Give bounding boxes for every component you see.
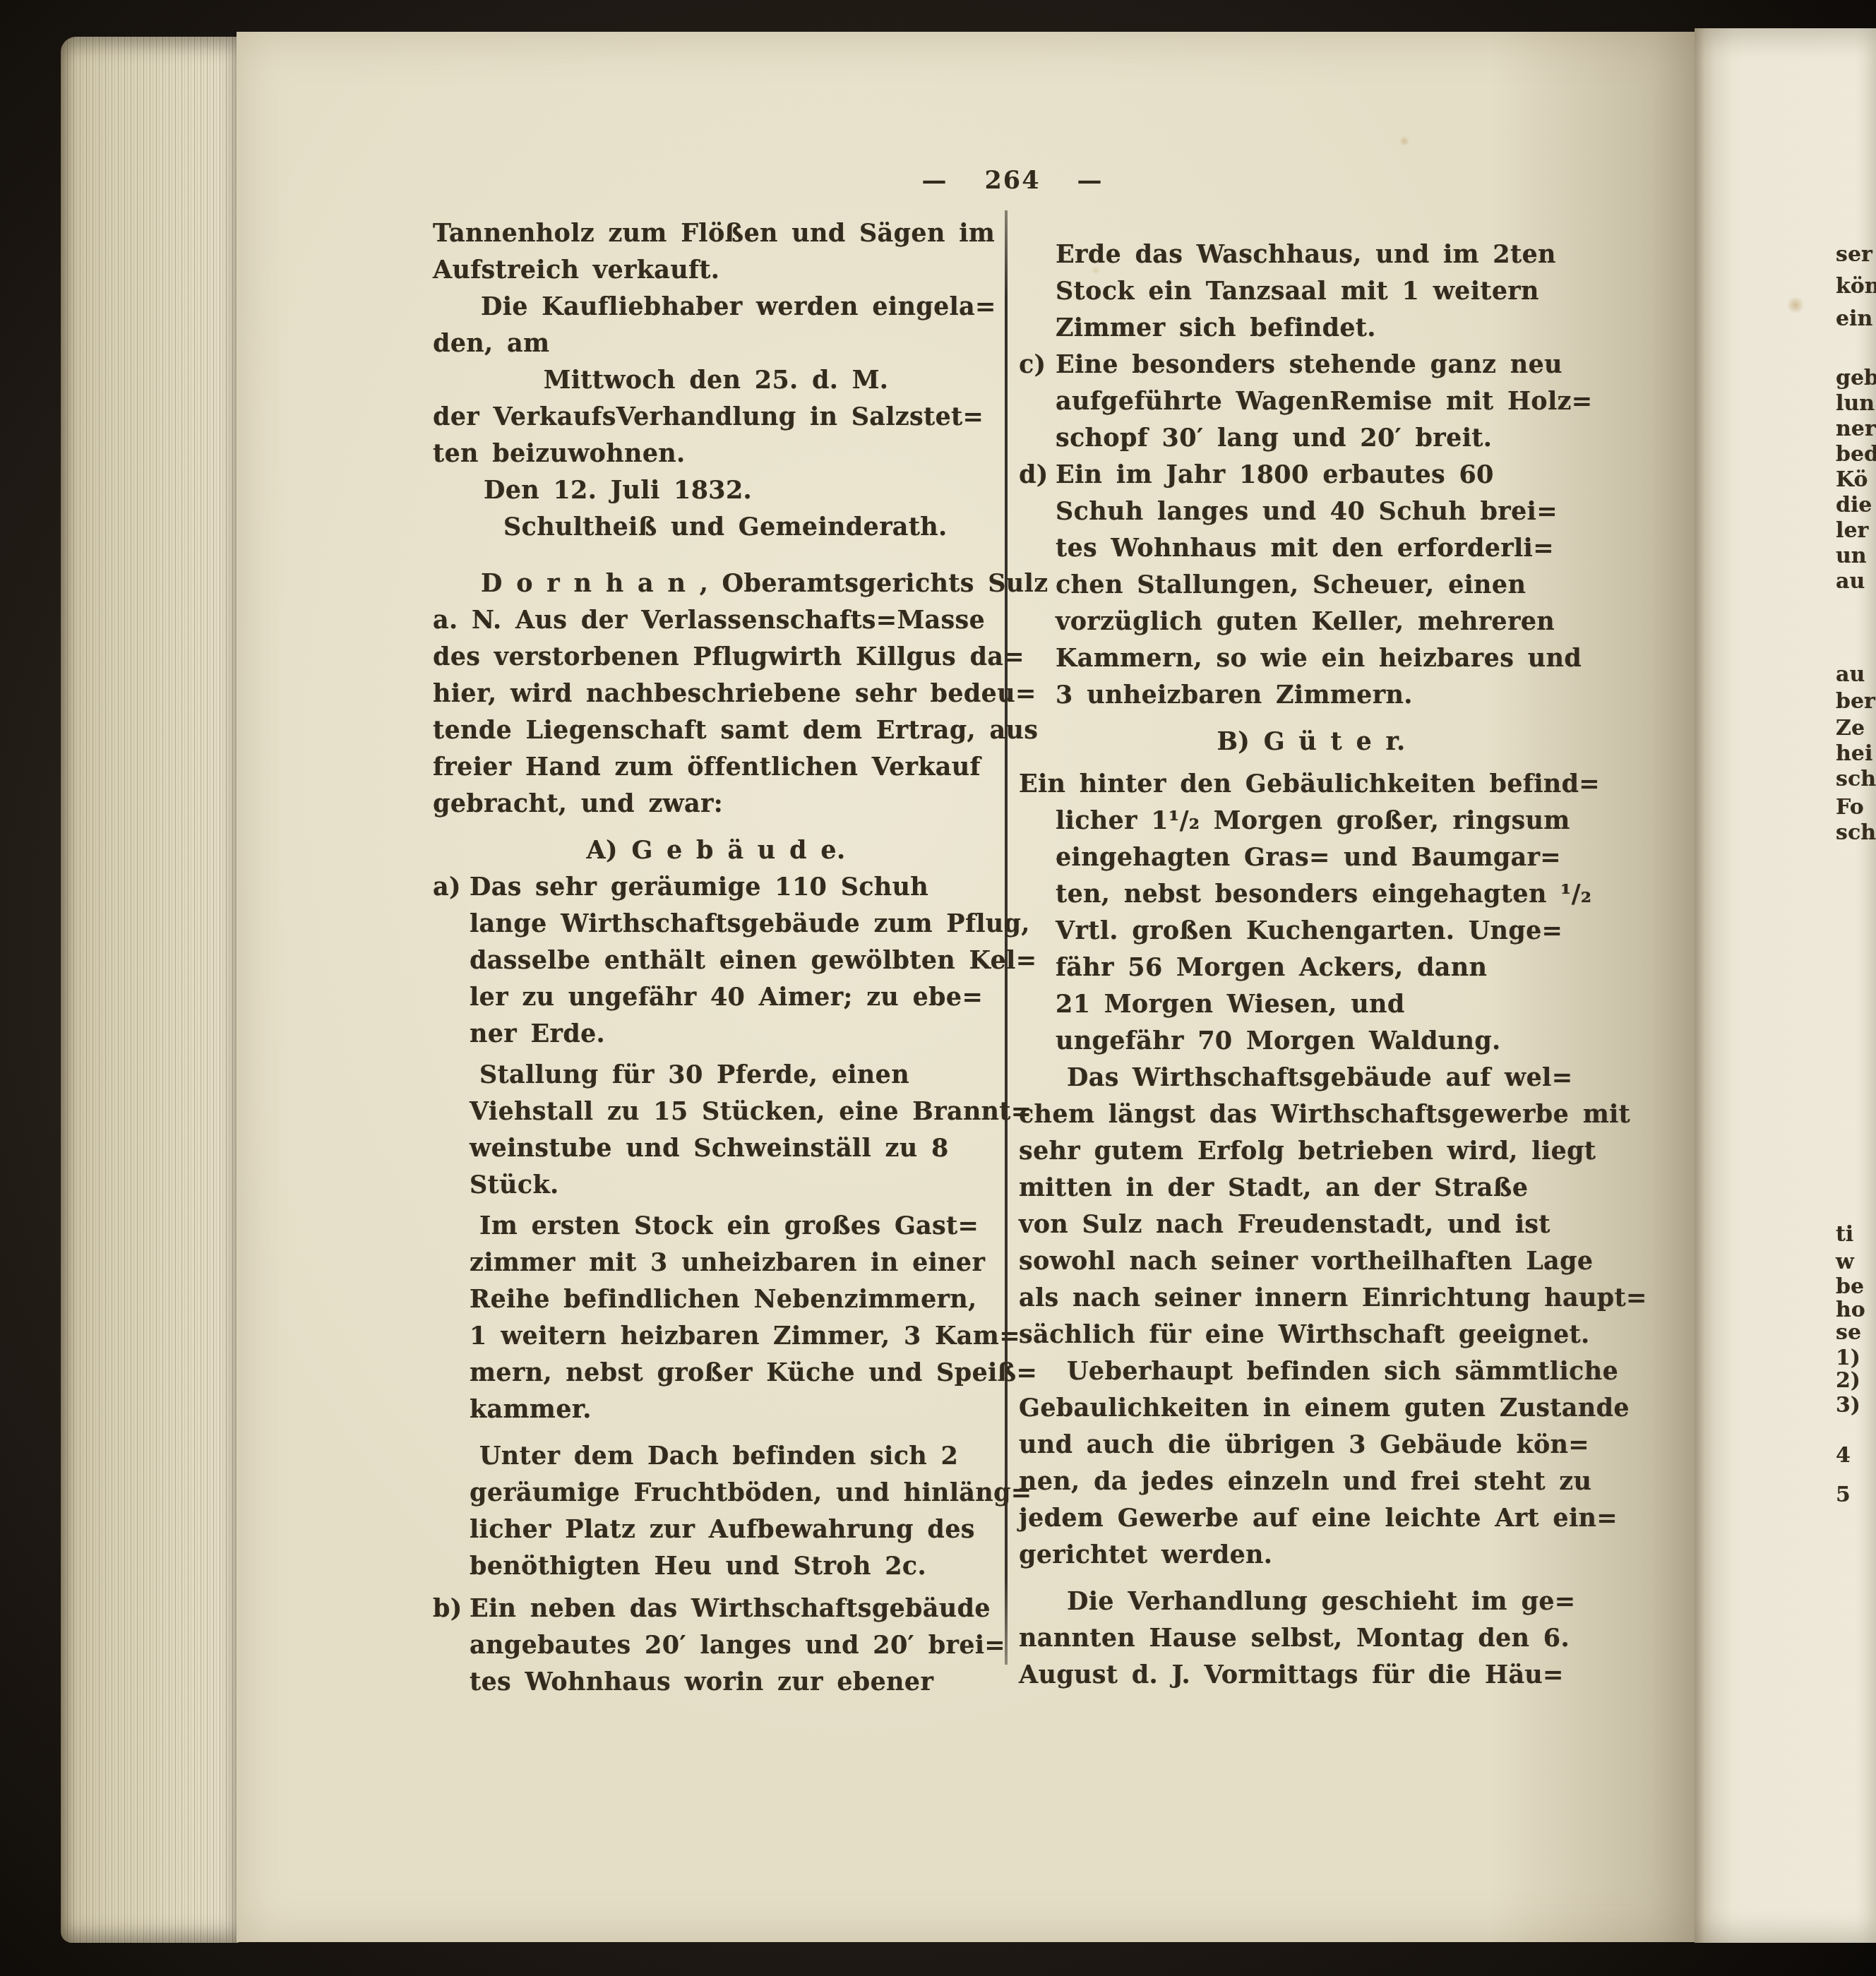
- right-column: Erde das Waschhaus, und im 2ten Stock ei…: [1019, 236, 1603, 1694]
- line-text: Vrtl. großen Kuchengarten. Unge=: [1056, 916, 1563, 945]
- paper-stain: [1399, 136, 1410, 146]
- line-text: Kammern, so wie ein heizbares und: [1056, 644, 1582, 673]
- line-text: gerichtet werden.: [1019, 1540, 1272, 1569]
- next-page-text-fragment: au: [1836, 569, 1865, 594]
- left-page: — 264 — Tannenholz zum Flößen und Sägen …: [237, 32, 1695, 1942]
- line-text: Ein hinter den Gebäulichkeiten befind=: [1019, 770, 1600, 798]
- text-line: d) Ein im Jahr 1800 erbautes 60: [1019, 457, 1603, 493]
- line-text: Gebaulichkeiten in einem guten Zustande: [1019, 1394, 1630, 1423]
- line-text: dasselbe enthält einen gewölbten Kel=: [470, 946, 1036, 975]
- text-line: freier Hand zum öffentlichen Verkauf: [433, 749, 999, 786]
- text-line: 21 Morgen Wiesen, und: [1019, 986, 1603, 1023]
- text-line: gerichtet werden.: [1019, 1537, 1603, 1574]
- text-line: Den 12. Juli 1832.: [433, 472, 999, 509]
- text-line: chem längst das Wirthschaftsgewerbe mit: [1019, 1096, 1603, 1133]
- text-line: mern, nebst großer Küche und Speiß=: [433, 1355, 999, 1391]
- line-text: B) G ü t e r.: [1217, 727, 1405, 756]
- line-text: geräumige Fruchtböden, und hinläng=: [470, 1478, 1032, 1507]
- line-text: tes Wohnhaus worin zur ebener: [470, 1667, 933, 1696]
- text-line: aufgeführte WagenRemise mit Holz=: [1019, 383, 1603, 420]
- text-line: Das Wirthschaftsgebäude auf wel=: [1019, 1060, 1603, 1096]
- line-text: August d. J. Vormittags für die Häu=: [1019, 1660, 1564, 1689]
- text-line: A) G e b ä u d e.: [433, 832, 999, 869]
- text-line: den, am: [433, 325, 999, 362]
- text-line: fähr 56 Morgen Ackers, dann: [1019, 950, 1603, 986]
- line-text: eingehagten Gras= und Baumgar=: [1056, 843, 1561, 872]
- line-text: ungefähr 70 Morgen Waldung.: [1056, 1026, 1501, 1055]
- next-page-text-fragment: ber: [1836, 689, 1875, 714]
- header-dash-left: —: [921, 166, 948, 195]
- next-page-text-fragment: kön: [1836, 274, 1876, 299]
- line-text: von Sulz nach Freudenstadt, und ist: [1019, 1210, 1551, 1239]
- line-text: mern, nebst großer Küche und Speiß=: [470, 1358, 1037, 1387]
- line-text: Stallung für 30 Pferde, einen: [479, 1060, 909, 1089]
- line-text: lange Wirthschaftsgebäude zum Pflug,: [470, 909, 1030, 938]
- text-line: vorzüglich guten Keller, mehreren: [1019, 604, 1603, 640]
- line-text: licher Platz zur Aufbewahrung des: [470, 1515, 975, 1544]
- text-line: geräumige Fruchtböden, und hinläng=: [433, 1475, 999, 1511]
- next-page-text-fragment: ser: [1836, 242, 1872, 267]
- line-text: Das Wirthschaftsgebäude auf wel=: [1067, 1063, 1572, 1092]
- text-line: kammer.: [433, 1391, 999, 1428]
- line-text: ner Erde.: [470, 1019, 605, 1048]
- book-fore-edge-pages: [61, 37, 239, 1943]
- line-text: A) G e b ä u d e.: [587, 836, 846, 865]
- text-line: benöthigten Heu und Stroh 2c.: [433, 1548, 999, 1585]
- paper-stain: [1091, 266, 1101, 275]
- line-text: Aufstreich verkauft.: [433, 256, 719, 285]
- text-line: schopf 30′ lang und 20′ breit.: [1019, 420, 1603, 457]
- text-line: chen Stallungen, Scheuer, einen: [1019, 567, 1603, 604]
- text-line: Vrtl. großen Kuchengarten. Unge=: [1019, 913, 1603, 950]
- text-line: a) Das sehr geräumige 110 Schuh: [433, 869, 999, 906]
- next-page-text-fragment: w: [1836, 1250, 1854, 1274]
- text-line: ten beizuwohnen.: [433, 436, 999, 472]
- line-text: Stück.: [470, 1170, 558, 1199]
- line-text: Reihe befindlichen Nebenzimmern,: [470, 1285, 976, 1314]
- text-line: lange Wirthschaftsgebäude zum Pflug,: [433, 906, 999, 942]
- line-text: als nach seiner innern Einrichtung haupt…: [1019, 1283, 1647, 1312]
- paper-stain: [1786, 297, 1805, 313]
- line-text: ten, nebst besonders eingehagten ¹/₂: [1056, 880, 1591, 909]
- line-text: gebracht, und zwar:: [433, 789, 723, 818]
- line-text: chem längst das Wirthschaftsgewerbe mit: [1019, 1100, 1630, 1129]
- line-text: fähr 56 Morgen Ackers, dann: [1056, 953, 1487, 982]
- text-line: Schultheiß und Gemeinderath.: [433, 509, 999, 546]
- text-line: Zimmer sich befindet.: [1019, 310, 1603, 347]
- next-page-text-fragment: ein: [1836, 306, 1872, 331]
- line-text: 1 weitern heizbaren Zimmer, 3 Kam=: [470, 1322, 1020, 1351]
- next-page-text-fragment: un: [1836, 544, 1867, 568]
- line-text: sächlich für eine Wirthschaft geeignet.: [1019, 1320, 1589, 1349]
- next-page-text-fragment: bed: [1836, 442, 1876, 467]
- next-page-text-fragment: die: [1836, 493, 1872, 517]
- line-text: der VerkaufsVerhandlung in Salzstet=: [433, 402, 984, 431]
- next-page-text-fragment: se: [1836, 1320, 1861, 1345]
- line-text: ler zu ungefähr 40 Aimer; zu ebe=: [470, 983, 983, 1012]
- line-text: Ueberhaupt befinden sich sämmtliche: [1067, 1357, 1618, 1386]
- line-text: und auch die übrigen 3 Gebäude kön=: [1019, 1430, 1589, 1459]
- text-line: licher Platz zur Aufbewahrung des: [433, 1511, 999, 1548]
- line-text: licher 1¹/₂ Morgen großer, ringsum: [1056, 806, 1570, 835]
- line-text: Eine besonders stehende ganz neu: [1056, 350, 1563, 379]
- text-line: Stück.: [433, 1167, 999, 1204]
- text-line: Kammern, so wie ein heizbares und: [1019, 640, 1603, 677]
- text-line: mitten in der Stadt, an der Straße: [1019, 1170, 1603, 1206]
- line-text: Das sehr geräumige 110 Schuh: [470, 873, 928, 902]
- next-page-text-fragment: Kö: [1836, 467, 1868, 492]
- text-line: c) Eine besonders stehende ganz neu: [1019, 347, 1603, 383]
- text-line: von Sulz nach Freudenstadt, und ist: [1019, 1206, 1603, 1243]
- item-label: c): [1019, 347, 1046, 383]
- text-line: 3 unheizbaren Zimmern.: [1019, 677, 1603, 714]
- line-text: nannten Hause selbst, Montag den 6.: [1019, 1624, 1570, 1653]
- text-line: sehr gutem Erfolg betrieben wird, liegt: [1019, 1133, 1603, 1170]
- text-line: D o r n h a n , Oberamtsgerichts Sulz: [433, 565, 999, 602]
- page-number: 264: [984, 166, 1040, 195]
- text-line: als nach seiner innern Einrichtung haupt…: [1019, 1280, 1603, 1317]
- line-text: chen Stallungen, Scheuer, einen: [1056, 570, 1526, 599]
- text-line: Erde das Waschhaus, und im 2ten: [1019, 236, 1603, 273]
- next-page-text-fragment: 2): [1836, 1368, 1860, 1393]
- line-text: Schultheiß und Gemeinderath.: [503, 513, 948, 541]
- text-line: jedem Gewerbe auf eine leichte Art ein=: [1019, 1500, 1603, 1537]
- text-line: Die Verhandlung geschieht im ge=: [1019, 1583, 1603, 1620]
- text-line: b) Ein neben das Wirthschaftsgebäude: [433, 1591, 999, 1627]
- line-text: D o r n h a n , Oberamtsgerichts Sulz: [481, 569, 1048, 598]
- line-text: freier Hand zum öffentlichen Verkauf: [433, 753, 981, 782]
- text-line: Schuh langes und 40 Schuh brei=: [1019, 493, 1603, 530]
- line-text: Erde das Waschhaus, und im 2ten: [1056, 240, 1556, 269]
- next-page-text-fragment: ler: [1836, 518, 1868, 543]
- text-line: sächlich für eine Wirthschaft geeignet.: [1019, 1317, 1603, 1353]
- text-line: sowohl nach seiner vortheilhaften Lage: [1019, 1243, 1603, 1280]
- line-text: angebautes 20′ langes und 20′ brei=: [470, 1631, 1005, 1660]
- next-page-text-fragment: sch: [1836, 820, 1876, 845]
- text-line: nannten Hause selbst, Montag den 6.: [1019, 1620, 1603, 1657]
- text-line: August d. J. Vormittags für die Häu=: [1019, 1657, 1603, 1694]
- next-page-text-fragment: 3): [1836, 1393, 1860, 1418]
- line-text: 21 Morgen Wiesen, und: [1056, 990, 1405, 1019]
- item-label: d): [1019, 457, 1048, 493]
- line-text: vorzüglich guten Keller, mehreren: [1056, 607, 1555, 636]
- text-line: Stallung für 30 Pferde, einen: [433, 1057, 999, 1094]
- next-page-text-fragment: ti: [1836, 1222, 1853, 1247]
- line-text: Ein neben das Wirthschaftsgebäude: [470, 1594, 991, 1623]
- text-line: weinstube und Schweinställ zu 8: [433, 1130, 999, 1167]
- text-line: Die Kaufliebhaber werden eingela=: [433, 289, 999, 325]
- text-line: hier, wird nachbeschriebene sehr bedeu=: [433, 676, 999, 712]
- left-column: Tannenholz zum Flößen und Sägen im Aufst…: [433, 215, 999, 1701]
- next-page-edge: ser kön ein geb lun ner bed Kö die ler u…: [1695, 28, 1876, 1943]
- line-text: Viehstall zu 15 Stücken, eine Brannt=: [470, 1097, 1032, 1126]
- line-text: Mittwoch den 25. d. M.: [544, 366, 889, 395]
- text-line: gebracht, und zwar:: [433, 786, 999, 822]
- next-page-text-fragment: lun: [1836, 391, 1875, 416]
- line-text: Die Verhandlung geschieht im ge=: [1067, 1587, 1575, 1616]
- next-page-text-fragment: ner: [1836, 417, 1876, 441]
- text-line: der VerkaufsVerhandlung in Salzstet=: [433, 399, 999, 436]
- text-line: tende Liegenschaft samt dem Ertrag, aus: [433, 712, 999, 749]
- next-page-text-fragment: Ze: [1836, 716, 1865, 741]
- text-line: Viehstall zu 15 Stücken, eine Brannt=: [433, 1094, 999, 1130]
- text-line: Ueberhaupt befinden sich sämmtliche: [1019, 1353, 1603, 1390]
- next-page-text-fragment: Fo: [1836, 795, 1864, 820]
- text-line: Ein hinter den Gebäulichkeiten befind=: [1019, 766, 1603, 803]
- text-line: ungefähr 70 Morgen Waldung.: [1019, 1023, 1603, 1060]
- line-text: weinstube und Schweinställ zu 8: [470, 1134, 949, 1163]
- line-text: des verstorbenen Pflugwirth Killgus da=: [433, 642, 1024, 671]
- next-page-text-fragment: geb: [1836, 366, 1876, 390]
- text-line: zimmer mit 3 unheizbaren in einer: [433, 1245, 999, 1281]
- book-scan: — 264 — Tannenholz zum Flößen und Sägen …: [0, 0, 1876, 1976]
- text-line: B) G ü t e r.: [1019, 724, 1603, 760]
- text-line: und auch die übrigen 3 Gebäude kön=: [1019, 1427, 1603, 1463]
- text-line: a. N. Aus der Verlassenschafts=Masse: [433, 602, 999, 639]
- text-line: Tannenholz zum Flößen und Sägen im: [433, 215, 999, 252]
- text-line: Gebaulichkeiten in einem guten Zustande: [1019, 1390, 1603, 1427]
- line-text: hier, wird nachbeschriebene sehr bedeu=: [433, 679, 1036, 708]
- text-line: ler zu ungefähr 40 Aimer; zu ebe=: [433, 979, 999, 1016]
- text-line: nen, da jedes einzeln und frei steht zu: [1019, 1463, 1603, 1500]
- text-line: 1 weitern heizbaren Zimmer, 3 Kam=: [433, 1318, 999, 1355]
- text-line: Aufstreich verkauft.: [433, 252, 999, 289]
- text-line: ner Erde.: [433, 1016, 999, 1053]
- next-page-text-fragment: sch: [1836, 767, 1876, 791]
- line-text: Die Kaufliebhaber werden eingela=: [481, 292, 996, 321]
- line-text: Im ersten Stock ein großes Gast=: [479, 1211, 979, 1240]
- line-text: kammer.: [470, 1395, 592, 1424]
- line-text: tes Wohnhaus mit den erforderli=: [1056, 534, 1554, 563]
- line-text: Schuh langes und 40 Schuh brei=: [1056, 497, 1558, 526]
- line-text: Tannenholz zum Flößen und Sägen im: [433, 219, 995, 248]
- next-page-text-fragment: 4: [1836, 1443, 1851, 1468]
- line-text: sowohl nach seiner vortheilhaften Lage: [1019, 1247, 1593, 1276]
- text-line: Reihe befindlichen Nebenzimmern,: [433, 1281, 999, 1318]
- line-text: Stock ein Tanzsaal mit 1 weitern: [1056, 277, 1539, 306]
- line-text: Zimmer sich befindet.: [1056, 313, 1376, 342]
- line-text: Den 12. Juli 1832.: [484, 476, 752, 505]
- item-label: b): [433, 1591, 462, 1627]
- text-line: Stock ein Tanzsaal mit 1 weitern: [1019, 273, 1603, 310]
- item-label: a): [433, 869, 461, 906]
- text-line: licher 1¹/₂ Morgen großer, ringsum: [1019, 803, 1603, 839]
- line-text: sehr gutem Erfolg betrieben wird, liegt: [1019, 1137, 1596, 1166]
- next-page-text-fragment: ho: [1836, 1298, 1865, 1322]
- line-text: jedem Gewerbe auf eine leichte Art ein=: [1019, 1504, 1618, 1533]
- text-line: ten, nebst besonders eingehagten ¹/₂: [1019, 876, 1603, 913]
- line-text: 3 unheizbaren Zimmern.: [1056, 681, 1413, 709]
- line-text: schopf 30′ lang und 20′ breit.: [1056, 424, 1492, 453]
- next-page-text-fragment: 5: [1836, 1483, 1851, 1507]
- text-line: angebautes 20′ langes und 20′ brei=: [433, 1627, 999, 1664]
- page-header: — 264 —: [921, 166, 1103, 195]
- line-text: den, am: [433, 329, 549, 358]
- header-dash-right: —: [1077, 166, 1104, 195]
- line-text: mitten in der Stadt, an der Straße: [1019, 1173, 1528, 1202]
- next-page-text-fragment: au: [1836, 662, 1865, 687]
- next-page-text-fragment: be: [1836, 1274, 1864, 1299]
- next-page-text-fragment: 1): [1836, 1346, 1860, 1370]
- line-text: benöthigten Heu und Stroh 2c.: [470, 1552, 926, 1581]
- line-text: tende Liegenschaft samt dem Ertrag, aus: [433, 716, 1038, 745]
- line-text: Ein im Jahr 1800 erbautes 60: [1056, 460, 1494, 489]
- line-text: a. N. Aus der Verlassenschafts=Masse: [433, 606, 985, 635]
- line-text: ten beizuwohnen.: [433, 439, 686, 468]
- text-line: Im ersten Stock ein großes Gast=: [433, 1208, 999, 1245]
- line-text: aufgeführte WagenRemise mit Holz=: [1056, 387, 1592, 416]
- text-line: eingehagten Gras= und Baumgar=: [1019, 839, 1603, 876]
- text-line: des verstorbenen Pflugwirth Killgus da=: [433, 639, 999, 676]
- line-text: nen, da jedes einzeln und frei steht zu: [1019, 1467, 1591, 1496]
- next-page-text-fragment: hei: [1836, 741, 1872, 766]
- text-line: Unter dem Dach befinden sich 2: [433, 1438, 999, 1475]
- text-line: dasselbe enthält einen gewölbten Kel=: [433, 942, 999, 979]
- text-line: tes Wohnhaus worin zur ebener: [433, 1664, 999, 1701]
- line-text: zimmer mit 3 unheizbaren in einer: [470, 1248, 985, 1277]
- line-text: Unter dem Dach befinden sich 2: [479, 1442, 958, 1471]
- text-line: tes Wohnhaus mit den erforderli=: [1019, 530, 1603, 567]
- text-line: Mittwoch den 25. d. M.: [433, 362, 999, 399]
